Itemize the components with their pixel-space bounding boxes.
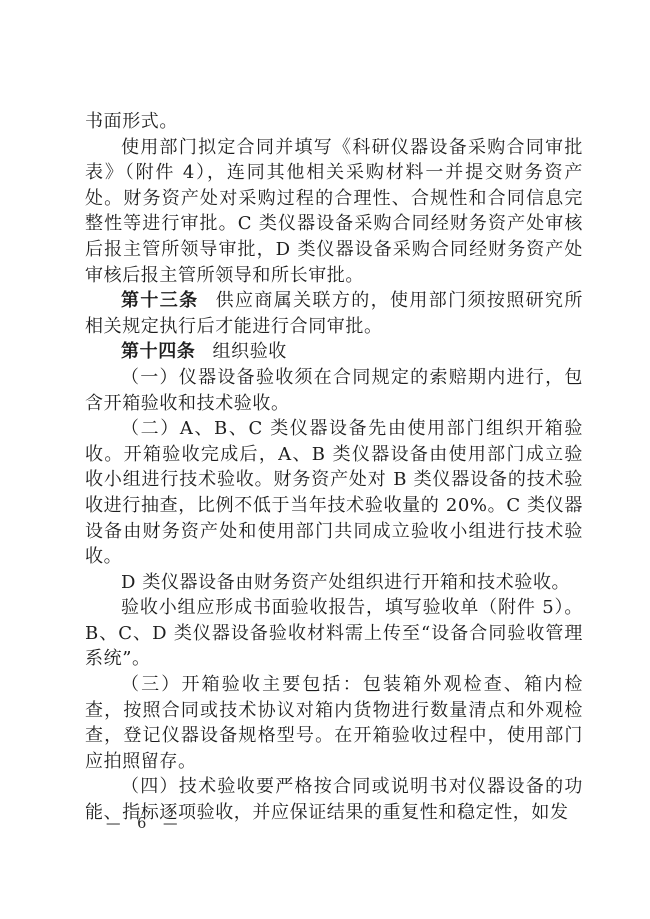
- paragraph-class-d-acceptance: D 类仪器设备由财务资产处组织进行开箱和技术验收。: [85, 570, 583, 596]
- article-13-number: 第十三条: [121, 290, 199, 311]
- paragraph-text: （一）仪器设备验收须在合同规定的索赔期内进行，包含开箱验收和技术验收。: [85, 367, 583, 414]
- document-body: 书面形式。 使用部门拟定合同并填写《科研仪器设备采购合同审批表》（附件 4），连…: [85, 109, 583, 826]
- paragraph-acceptance-report: 验收小组应形成书面验收报告，填写验收单（附件 5）。B、C、D 类仪器设备验收材…: [85, 595, 583, 672]
- paragraph-article-13: 第十三条供应商属关联方的，使用部门须按照研究所相关规定执行后才能进行合同审批。: [85, 288, 583, 339]
- paragraph-clause-3: （三）开箱验收主要包括：包装箱外观检查、箱内检查，按照合同或技术协议对箱内货物进…: [85, 672, 583, 774]
- paragraph-text: 书面形式。: [85, 111, 178, 132]
- paragraph-text: 使用部门拟定合同并填写《科研仪器设备采购合同审批表》（附件 4），连同其他相关采…: [85, 137, 583, 286]
- article-14-number: 第十四条: [121, 341, 195, 362]
- paragraph-contract-approval-process: 使用部门拟定合同并填写《科研仪器设备采购合同审批表》（附件 4），连同其他相关采…: [85, 135, 583, 289]
- paragraph-text: D 类仪器设备由财务资产处组织进行开箱和技术验收。: [121, 572, 570, 593]
- paragraph-written-form: 书面形式。: [85, 109, 583, 135]
- paragraph-clause-1: （一）仪器设备验收须在合同规定的索赔期内进行，包含开箱验收和技术验收。: [85, 365, 583, 416]
- page-number-label: — 6 —: [106, 816, 183, 832]
- paragraph-text: （三）开箱验收主要包括：包装箱外观检查、箱内检查，按照合同或技术协议对箱内货物进…: [85, 674, 583, 772]
- page-footer: — 6 —: [106, 816, 183, 832]
- paragraph-text: 组织验收: [213, 341, 287, 362]
- paragraph-text: 验收小组应形成书面验收报告，填写验收单（附件 5）。B、C、D 类仪器设备验收材…: [85, 597, 583, 669]
- paragraph-text: （二）A、B、C 类仪器设备先由使用部门组织开箱验收。开箱验收完成后，A、B 类…: [85, 418, 583, 567]
- paragraph-article-14: 第十四条组织验收: [85, 339, 583, 365]
- paragraph-clause-2: （二）A、B、C 类仪器设备先由使用部门组织开箱验收。开箱验收完成后，A、B 类…: [85, 416, 583, 570]
- document-page: 书面形式。 使用部门拟定合同并填写《科研仪器设备采购合同审批表》（附件 4），连…: [0, 0, 650, 919]
